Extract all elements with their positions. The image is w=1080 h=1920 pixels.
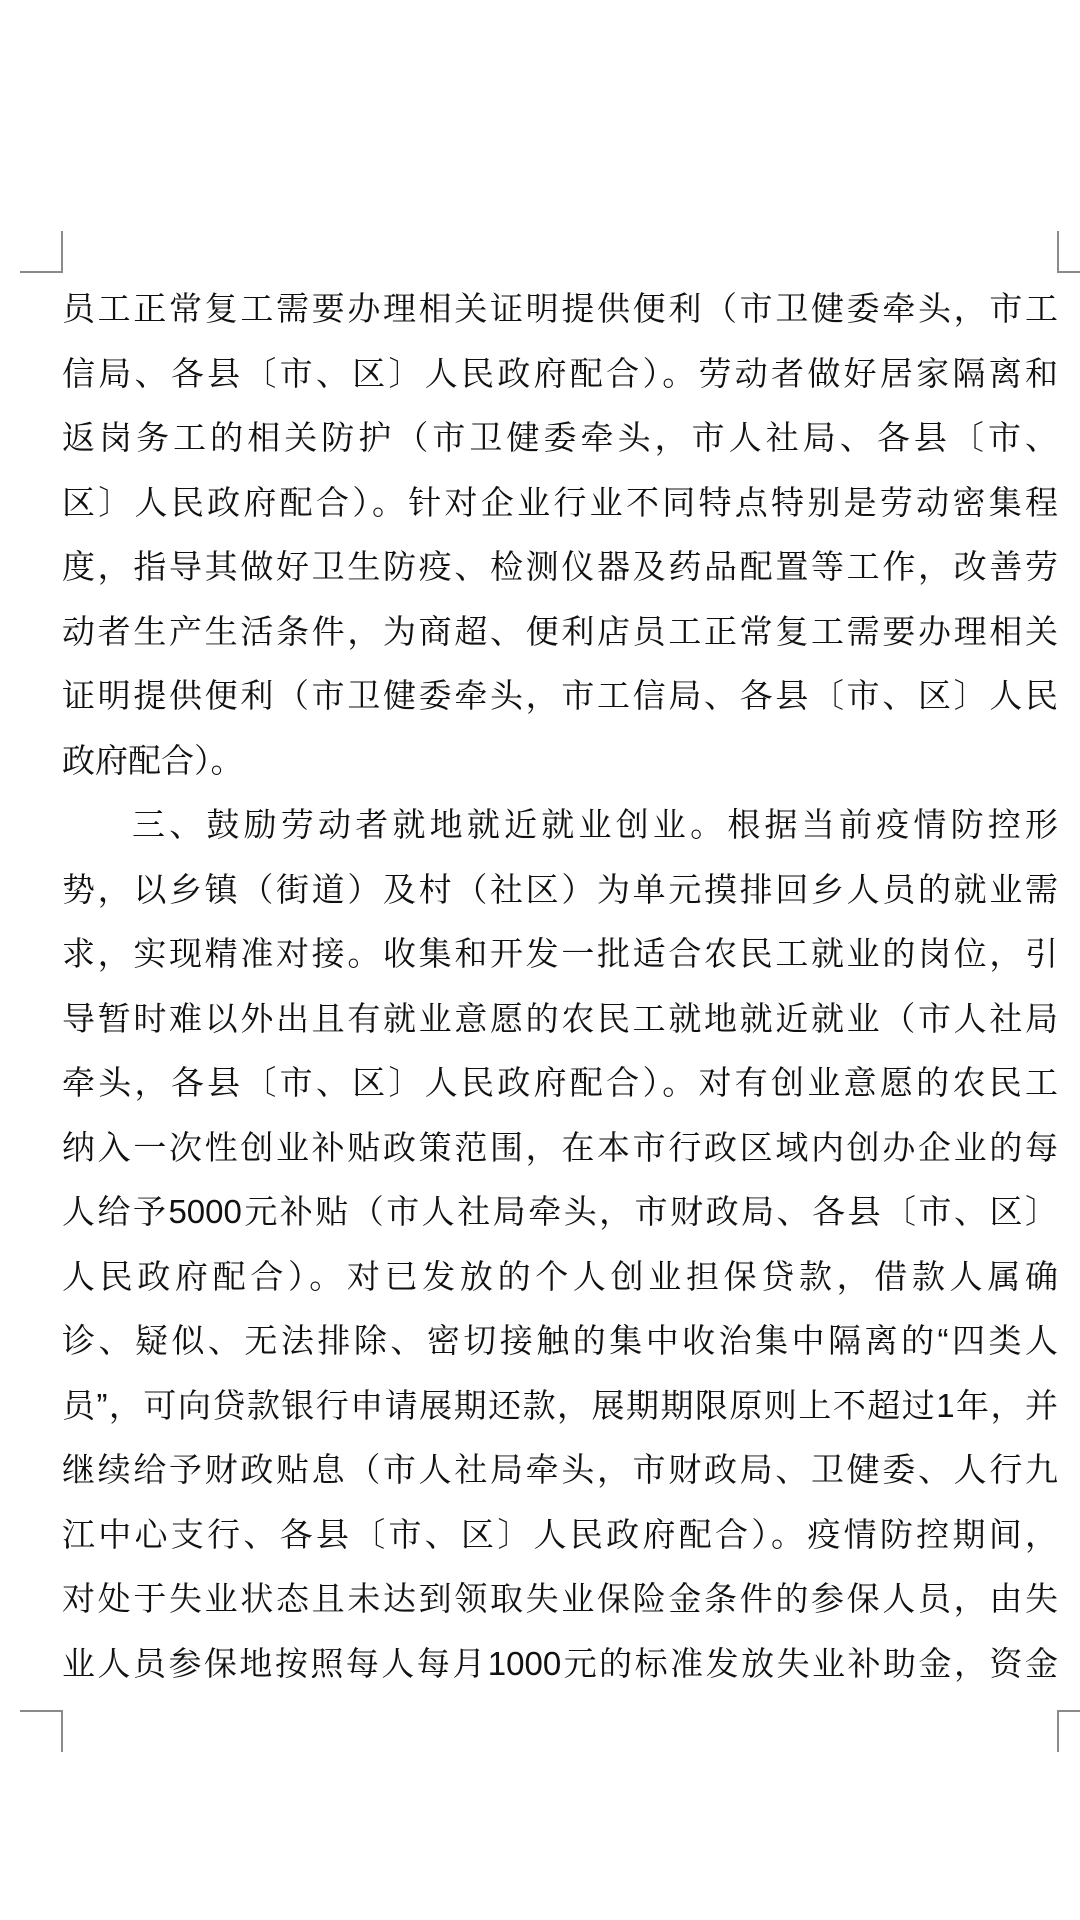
crop-mark-bottom-left bbox=[20, 1710, 63, 1752]
text-line-19: 继续给予财政贴息（市人社局牵头，市财政局、卫健委、人行九 bbox=[62, 1438, 1058, 1503]
text-line-07: 证明提供便利（市卫健委牵头，市工信局、各县〔市、区〕人民 bbox=[62, 664, 1058, 729]
crop-mark-bottom-right bbox=[1057, 1710, 1080, 1752]
text-line-16: 人民政府配合）。对已发放的个人创业担保贷款，借款人属确 bbox=[62, 1245, 1058, 1310]
text-line-15: 人给予5000元补贴（市人社局牵头，市财政局、各县〔市、区〕 bbox=[62, 1180, 1058, 1245]
text-line-14: 纳入一次性创业补贴政策范围，在本市行政区域内创办企业的每 bbox=[62, 1116, 1058, 1181]
document-page: 员工正常复工需要办理相关证明提供便利（市卫健委牵头，市工 信局、各县〔市、区〕人… bbox=[0, 0, 1080, 1920]
text-line-06: 动者生产生活条件，为商超、便利店员工正常复工需要办理相关 bbox=[62, 600, 1058, 665]
text-line-21: 对处于失业状态且未达到领取失业保险金条件的参保人员，由失 bbox=[62, 1567, 1058, 1632]
text-line-10: 势，以乡镇（街道）及村（社区）为单元摸排回乡人员的就业需 bbox=[62, 858, 1058, 923]
text-line-04: 区〕人民政府配合）。针对企业行业不同特点特别是劳动密集程 bbox=[62, 471, 1058, 536]
text-line-13: 牵头，各县〔市、区〕人民政府配合）。对有创业意愿的农民工 bbox=[62, 1051, 1058, 1116]
text-line-17: 诊、疑似、无法排除、密切接触的集中收治集中隔离的“四类人 bbox=[62, 1309, 1058, 1374]
text-line-03: 返岗务工的相关防护（市卫健委牵头，市人社局、各县〔市、 bbox=[62, 406, 1058, 471]
text-line-20: 江中心支行、各县〔市、区〕人民政府配合）。疫情防控期间， bbox=[62, 1503, 1058, 1568]
text-line-18: 员”，可向贷款银行申请展期还款，展期期限原则上不超过1年，并 bbox=[62, 1374, 1058, 1439]
crop-mark-top-left bbox=[20, 231, 63, 273]
text-line-22: 业人员参保地按照每人每月1000元的标准发放失业补助金，资金 bbox=[62, 1632, 1058, 1697]
text-line-08: 政府配合）。 bbox=[62, 729, 1058, 794]
text-line-11: 求，实现精准对接。收集和开发一批适合农民工就业的岗位，引 bbox=[62, 922, 1058, 987]
crop-mark-top-right bbox=[1057, 231, 1080, 273]
text-line-02: 信局、各县〔市、区〕人民政府配合）。劳动者做好居家隔离和 bbox=[62, 342, 1058, 407]
text-line-09: 三、鼓励劳动者就地就近就业创业。根据当前疫情防控形 bbox=[62, 793, 1058, 858]
text-block: 员工正常复工需要办理相关证明提供便利（市卫健委牵头，市工 信局、各县〔市、区〕人… bbox=[62, 277, 1058, 1696]
text-line-12: 导暂时难以外出且有就业意愿的农民工就地就近就业（市人社局 bbox=[62, 987, 1058, 1052]
text-line-05: 度，指导其做好卫生防疫、检测仪器及药品配置等工作，改善劳 bbox=[62, 535, 1058, 600]
text-line-01: 员工正常复工需要办理相关证明提供便利（市卫健委牵头，市工 bbox=[62, 277, 1058, 342]
